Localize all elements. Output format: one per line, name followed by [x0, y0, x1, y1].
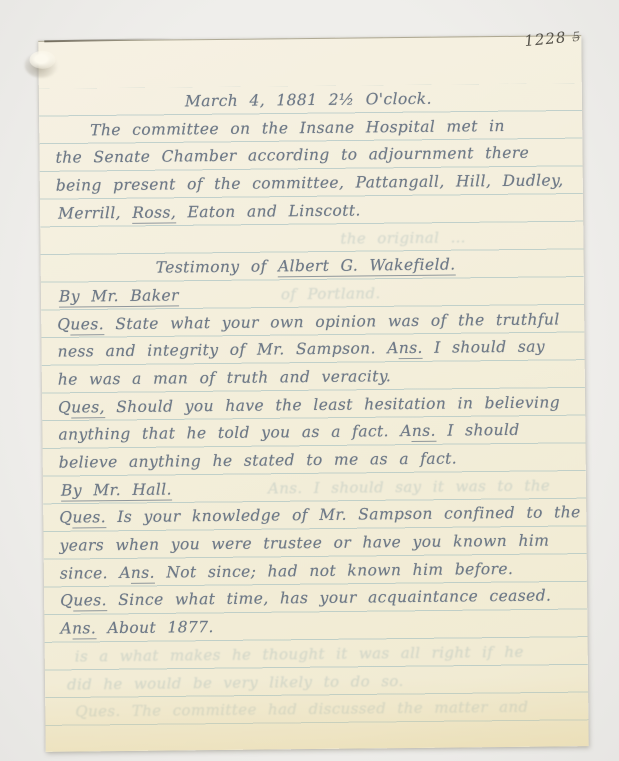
underlined-text: By Mr. Hall. — [61, 480, 172, 501]
paper-surface: March 4, 1881 2½ O'clock.The committee o… — [38, 36, 588, 752]
handwritten-text: A — [400, 422, 412, 440]
handwritten-text: being present of the committee, Pattanga… — [56, 171, 564, 194]
handwritten-text: Q — [60, 592, 73, 610]
manuscript-page: 1228 5 March 4, 1881 2½ O'clock.The comm… — [38, 35, 588, 752]
handwritten-text: Merrill, — [58, 204, 132, 223]
underlined-text: ues, — [71, 398, 105, 418]
handwritten-text: years when you were trustee or have you … — [59, 532, 549, 555]
handwritten-text: since. — [60, 564, 120, 583]
handwritten-text: Not since; had not known him before. — [155, 560, 514, 582]
paper-bottom-discoloration — [45, 676, 589, 752]
underlined-text: ns. — [399, 339, 423, 359]
handwritten-text: Is your knowledge of Mr. Sampson confine… — [106, 504, 581, 527]
bleed-through-text: the original … — [340, 223, 466, 252]
handwritten-text: I should say — [423, 338, 545, 357]
handwritten-text: A — [119, 564, 131, 582]
handwritten-text: ness and integrity of Mr. Sampson. — [57, 339, 387, 360]
handwritten-text: he was a man of truth and veracity. — [58, 367, 392, 388]
handwritten-text: Q — [57, 315, 70, 333]
handwritten-text: State what your own opinion was of the t… — [104, 310, 560, 333]
scanned-document: { "document": { "kind": "handwritten man… — [0, 0, 619, 761]
bleed-through-text: of Portland. — [281, 279, 381, 308]
underlined-text: ns. — [72, 619, 96, 639]
handwritten-text: Should you have the least hesitation in … — [105, 393, 560, 416]
bleed-through-text: Ans. I should say it was to the — [268, 471, 550, 502]
underlined-text: By Mr. Baker — [59, 286, 179, 307]
handwritten-text: Q — [59, 509, 72, 527]
underlined-text: ues. — [73, 592, 107, 612]
underlined-text: ns. — [412, 422, 436, 442]
handwritten-text: March 4, 1881 2½ O'clock. — [185, 90, 432, 111]
handwritten-text: Q — [58, 398, 71, 416]
manuscript-line: anything that he told you as a fact. Ans… — [42, 415, 585, 448]
handwritten-text: A — [387, 339, 399, 357]
handwritten-text: Eaton and Linscott. — [176, 201, 361, 221]
handwritten-text: the Senate Chamber according to adjournm… — [55, 144, 529, 167]
manuscript-line: being present of the committee, Pattanga… — [40, 166, 583, 199]
handwritten-text: anything that he told you as a fact. — [58, 422, 400, 444]
handwritten-text: believe anything he stated to me as a fa… — [59, 449, 458, 471]
underlined-text: Ross, — [132, 203, 176, 223]
handwritten-text: About 1877. — [96, 618, 214, 637]
manuscript-lines: March 4, 1881 2½ O'clock.The committee o… — [39, 83, 588, 642]
handwritten-text: Since what time, has your acquaintance c… — [107, 587, 552, 610]
handwritten-text: I should — [436, 421, 520, 440]
underlined-text: ues. — [72, 508, 106, 528]
manuscript-line: ness and integrity of Mr. Sampson. Ans. … — [41, 332, 584, 365]
handwritten-text: A — [60, 620, 72, 638]
handwritten-text: The committee on the Insane Hospital met… — [90, 117, 505, 139]
bleed-through-text: is a what makes he thought it was all ri… — [75, 638, 524, 670]
underlined-text: ues. — [70, 315, 104, 335]
underlined-text: ns. — [131, 563, 155, 583]
underlined-text: Albert G. Wakefield. — [278, 256, 456, 278]
manuscript-line: Ques. Since what time, has your acquaint… — [44, 582, 587, 615]
handwritten-text: Testimony of — [156, 257, 279, 276]
